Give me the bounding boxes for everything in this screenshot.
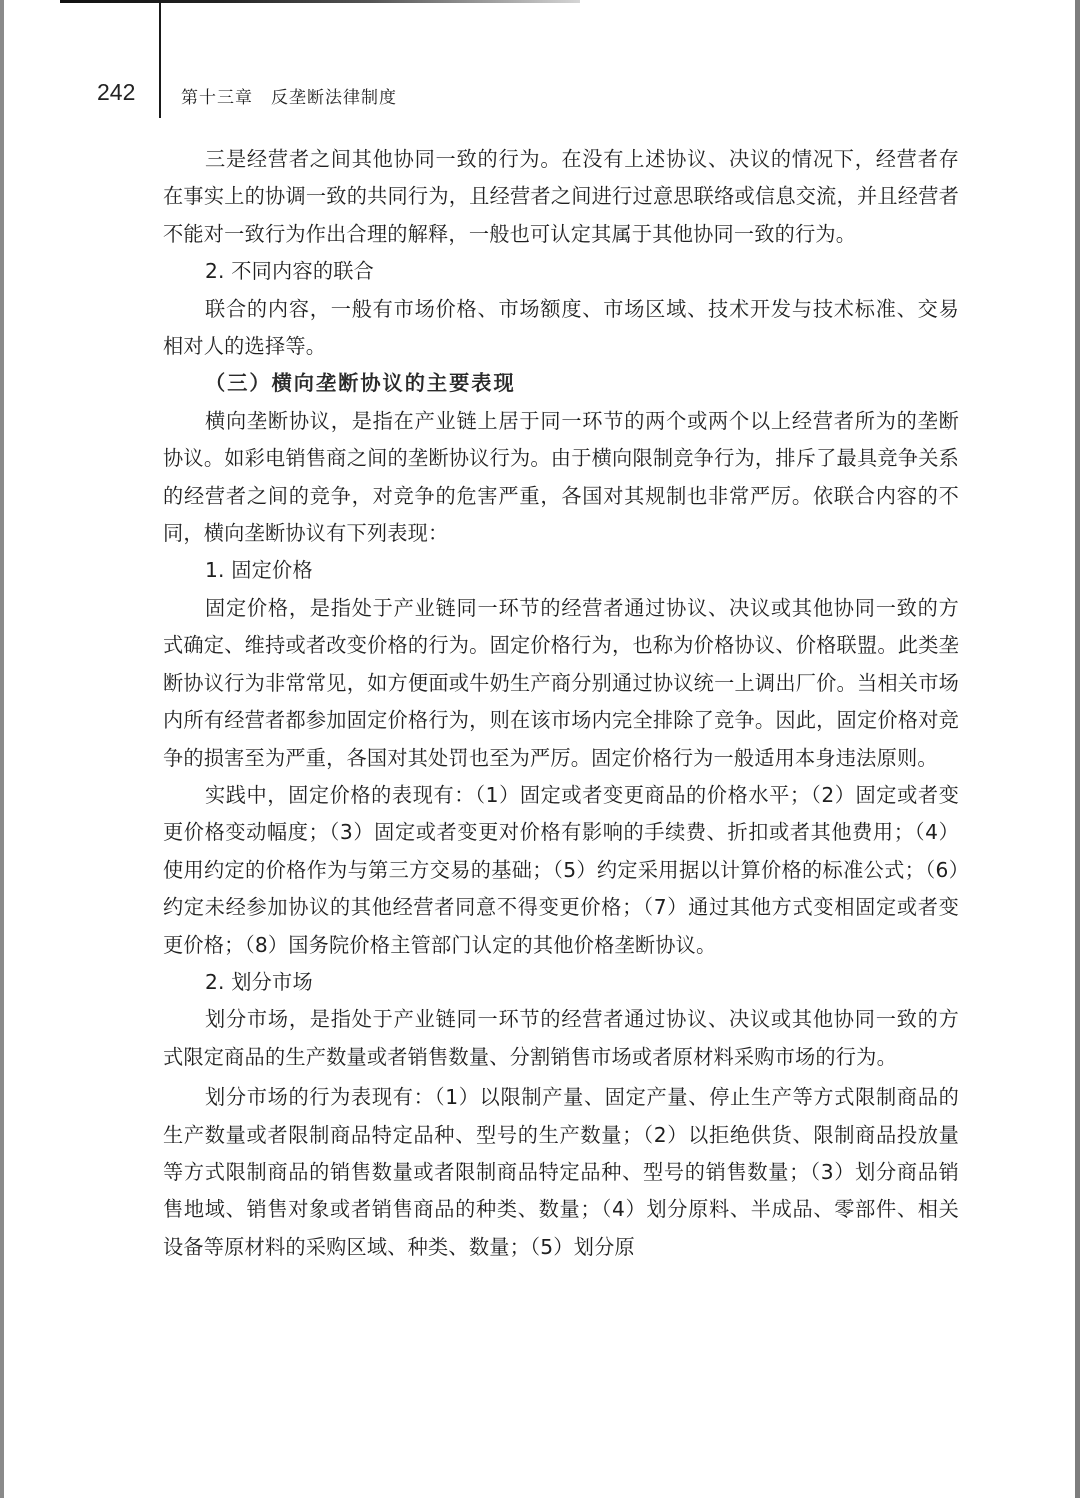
subheading-price-fixing: 1. 固定价格 [163, 552, 959, 589]
paragraph-concerted-action: 三是经营者之间其他协同一致的行为。在没有上述协议、决议的情况下，经营者存在事实上… [163, 141, 959, 253]
subheading-market-division: 2. 划分市场 [163, 964, 959, 1001]
paragraph-market-division-forms: 划分市场的行为表现有：（1）以限制产量、固定产量、停止生产等方式限制商品的生产数… [163, 1079, 959, 1266]
paragraph-market-division-definition: 划分市场，是指处于产业链同一环节的经营者通过协议、决议或其他协同一致的方式限定商… [163, 1001, 959, 1076]
header-vertical-rule [159, 0, 161, 118]
page-number: 242 [97, 79, 135, 106]
section-heading-horizontal-agreements: （三）横向垄断协议的主要表现 [163, 365, 959, 402]
paragraph-price-fixing-forms: 实践中，固定价格的表现有：（1）固定或者变更商品的价格水平；（2）固定或者变更价… [163, 777, 959, 964]
header-top-rule [60, 0, 580, 3]
page-body: 三是经营者之间其他协同一致的行为。在没有上述协议、决议的情况下，经营者存在事实上… [163, 141, 959, 1266]
scan-edge-left [0, 0, 4, 1498]
running-head-chapter-title: 第十三章 反垄断法律制度 [181, 83, 397, 108]
paragraph-horizontal-definition: 横向垄断协议，是指在产业链上居于同一环节的两个或两个以上经营者所为的垄断协议。如… [163, 403, 959, 553]
paragraph-price-fixing-definition: 固定价格，是指处于产业链同一环节的经营者通过协议、决议或其他协同一致的方式确定、… [163, 590, 959, 777]
scan-edge-right [1075, 0, 1080, 1498]
subheading-different-content: 2. 不同内容的联合 [163, 253, 959, 290]
paragraph-content-of-combination: 联合的内容，一般有市场价格、市场额度、市场区域、技术开发与技术标准、交易相对人的… [163, 291, 959, 366]
